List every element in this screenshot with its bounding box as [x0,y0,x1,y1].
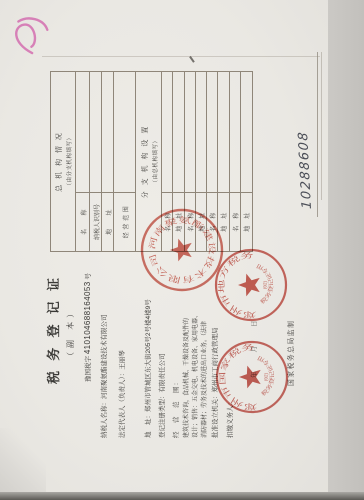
business-scope-line1: 建筑技术咨询，食品机械、干燥设备及配件的 [184,318,191,438]
branch-header-line1: 分 支 机 构 设 置 [140,125,150,199]
scan-background: 税 务 登 记 证 （副 本） 豫国税字 410104688164053 号 纳… [0,0,364,500]
taxpayer-name-value: 河南聚氨酯建设技术有限公司 [101,315,108,400]
field-reg-type: 登记注册类型：有限责任公司 [159,354,166,439]
taxpayer-name-label: 纳税人名称： [101,399,108,438]
cert-title: 税 务 登 记 证 [47,274,61,384]
local-tax-code: (02) [263,281,268,290]
row-label: 名 称 [76,192,90,251]
business-scope-line2: 设计；销售：五金交电、机电设备、家用电器、 [193,312,200,438]
table-row: 地 址 [240,72,252,251]
field-taxpayer-name: 纳税人名称：河南聚氨酯建设技术有限公司 [101,315,108,439]
corner-shadow [0,428,46,500]
row-label: 经 营 范 围 [114,192,136,251]
page-fold-line [42,56,320,57]
table-row: 经 营 范 围 [113,72,136,251]
star-icon [239,366,261,389]
reg-type-value: 有限责任公司 [159,354,166,393]
star-icon [238,274,260,297]
cert-number-suffix: 号 [85,273,92,280]
reg-type-label: 登记注册类型： [159,393,166,439]
scanner-backing [328,0,364,500]
hq-header-line2: （由分支机构填写） [65,135,73,189]
legal-rep-label: 法定代表人（负责人）： [119,370,126,438]
field-address: 地 址：郑州市管城区东大街205号2号楼4楼9号 [145,299,152,438]
branch-header-line2: （由总机构填写） [151,138,159,186]
local-tax-stamp: 郑州市地方税务局 (02) 税务登记证专用章 [213,247,289,323]
hq-header-line1: 总 机 构 情 况 [54,131,64,192]
certificate-document: 税 务 登 记 证 （副 本） 豫国税字 410104688164053 号 纳… [0,0,364,500]
table-header-hq: 总 机 构 情 况 （由分支机构填写） [51,72,75,251]
row-value [76,72,90,192]
state-tax-code: (02) [264,373,269,382]
field-legal-rep: 法定代表人（负责人）：王丽琴 [119,350,126,438]
address-label: 地 址： [145,412,152,438]
table-row: 名 称 [75,72,90,251]
business-scope-line3: 消防器材；劳务及技术的进出口业务。（法律 [202,321,209,438]
page-edge-line [321,52,322,200]
page-edge-line [317,52,318,217]
row-value [241,72,252,192]
scan-edge-strip [0,492,364,500]
cert-number: 410104688164053 [83,281,92,354]
cert-subtitle: （副 本） [67,306,76,360]
address-value: 郑州市管城区东大街205号2号楼4楼9号 [145,299,152,412]
row-label: 地 址 [241,192,252,251]
cert-number-prefix: 豫国税字 [85,356,92,382]
legal-rep-value: 王丽琴 [119,350,126,370]
row-value [114,72,136,192]
state-tax-stamp: 郑州市国家税务局 (02) 税务登记证专用章 [214,339,290,415]
star-icon [170,239,192,262]
cert-number-line: 豫国税字 410104688164053 号 [84,273,93,382]
business-scope-label: 经 营 范 围： [173,378,180,438]
